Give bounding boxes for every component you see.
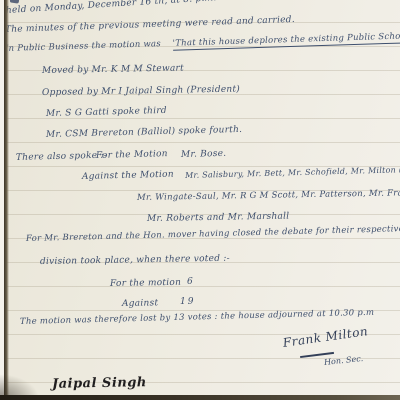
third-speaker-line: Mr. S G Gatti spoke third — [46, 106, 167, 119]
vote-for-label: For the motion — [110, 278, 181, 289]
also-spoke-label: There also spoke :- — [16, 151, 107, 163]
vote-against-count: 19 — [180, 297, 195, 307]
motion-line: In Public Business the motion was 'That … — [5, 30, 400, 54]
secretary-title: Hon. Sec. — [324, 354, 364, 367]
against-motion-label: Against the Motion — [82, 170, 174, 182]
president-signature: Jaipal Singh — [52, 375, 147, 392]
debate-closed-line-2: division took place, when there voted :- — [40, 254, 230, 267]
fourth-speaker-line: Mr. CSM Brereton (Balliol) spoke fourth. — [46, 125, 243, 140]
motion-intro: In Public Business the motion was — [5, 39, 161, 54]
result-line: The motion was therefore lost by 13 vote… — [20, 308, 375, 327]
moved-by-line: Moved by Mr. K M M Stewart — [42, 64, 184, 76]
vote-against-label: Against — [122, 298, 158, 309]
cut-off-text-fragment — [10, 0, 20, 4]
date-line: held on Monday, December 16 th, at 8. p.… — [6, 0, 217, 16]
for-motion-label: For the Motion — [96, 149, 168, 161]
secretary-signature: Frank Milton — [282, 324, 369, 350]
minutes-read-line: The minutes of the previous meeting were… — [5, 15, 295, 35]
opposed-by-line: Opposed by Mr I Jaipal Singh (President) — [42, 85, 240, 98]
minutes-page: held on Monday, December 16 th, at 8. p.… — [0, 0, 400, 400]
book-binding-edge — [4, 0, 9, 400]
page-edge-bottom — [0, 395, 400, 400]
debate-closed-line-1: For Mr. Brereton and the Hon. mover havi… — [26, 223, 400, 244]
against-speakers-line-1: Mr. Salisbury, Mr. Bett, Mr. Schofield, … — [185, 165, 400, 180]
motion-text-underlined: 'That this house deplores the existing P… — [173, 30, 400, 51]
ruled-lines — [0, 22, 400, 400]
for-motion-speaker: Mr. Bose. — [181, 149, 227, 160]
against-speakers-line-3: Mr. Roberts and Mr. Marshall — [147, 212, 290, 224]
against-speakers-line-2: Mr. Wingate-Saul, Mr. R G M Scott, Mr. P… — [137, 188, 400, 203]
vote-for-count: 6 — [187, 277, 193, 287]
